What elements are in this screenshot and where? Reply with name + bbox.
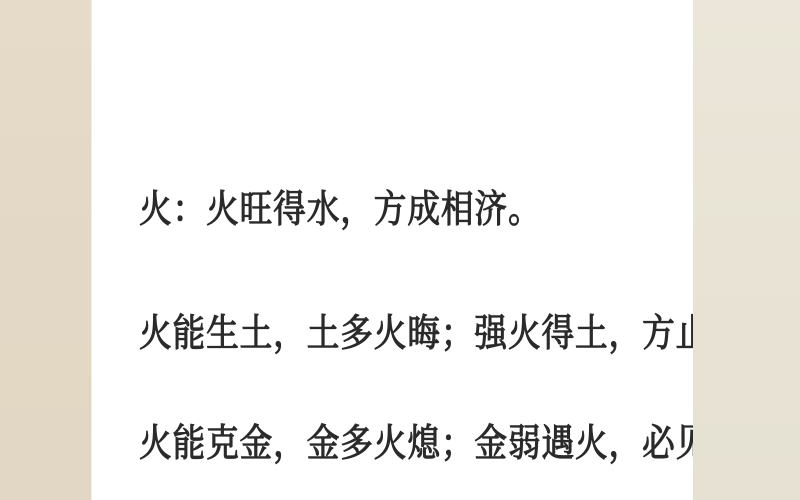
document-page: 火：火旺得水，方成相济。 火能生土，土多火晦；强火得土，方止其焰 火能克金，金多… [91,0,694,500]
text-line-fire-metal: 火能克金，金多火熄；金弱遇火，必见销熔 [139,412,776,467]
text-line-fire-earth: 火能生土，土多火晦；强火得土，方止其焰 [139,302,776,357]
heading-line-fire: 火：火旺得水，方成相济。 [139,178,541,233]
right-background-panel [693,0,800,500]
left-background-panel [0,0,91,500]
